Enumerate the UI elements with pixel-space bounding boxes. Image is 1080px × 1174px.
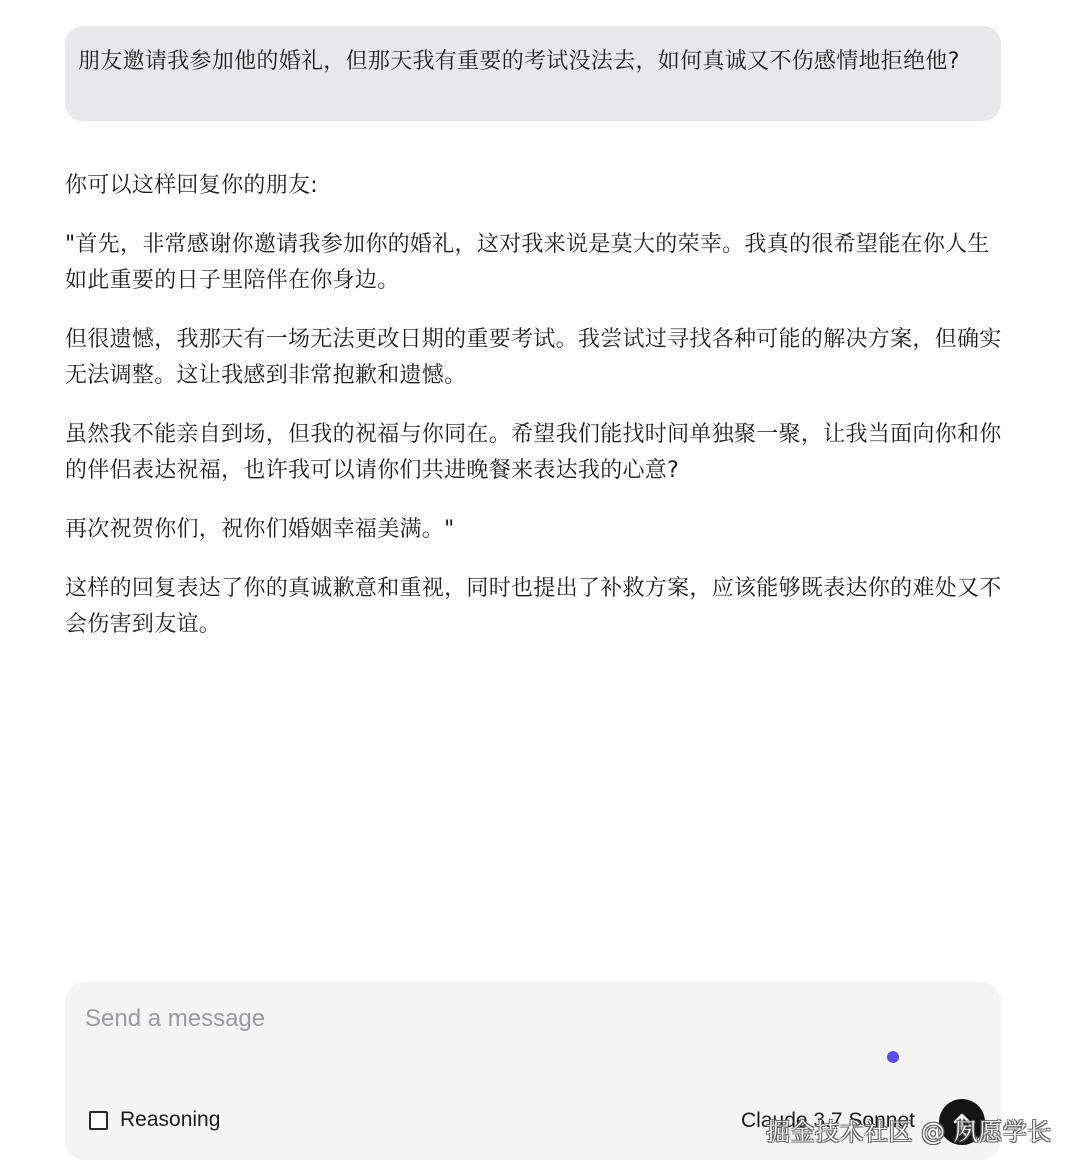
assistant-paragraph: 但很遗憾，我那天有一场无法更改日期的重要考试。我尝试过寻找各种可能的解决方案，但… — [65, 322, 1005, 394]
user-message-bubble: 朋友邀请我参加他的婚礼，但那天我有重要的考试没法去，如何真诚又不伤感情地拒绝他? — [65, 26, 1001, 121]
reasoning-toggle[interactable]: Reasoning — [89, 1108, 220, 1132]
status-dot-icon — [887, 1051, 899, 1063]
reasoning-checkbox[interactable] — [89, 1111, 108, 1130]
message-input[interactable] — [83, 998, 947, 1040]
arrow-up-icon — [951, 1111, 973, 1133]
send-button[interactable] — [939, 1099, 985, 1145]
assistant-paragraph: 你可以这样回复你的朋友: — [65, 168, 1005, 204]
reasoning-label: Reasoning — [120, 1108, 220, 1132]
assistant-message: 你可以这样回复你的朋友: "首先，非常感谢你邀请我参加你的婚礼，这对我来说是莫大… — [65, 168, 1005, 666]
model-selector[interactable]: Claude 3.7 Sonnet — [741, 1109, 915, 1133]
assistant-paragraph: 虽然我不能亲自到场，但我的祝福与你同在。希望我们能找时间单独聚一聚，让我当面向你… — [65, 417, 1005, 489]
assistant-paragraph: 这样的回复表达了你的真诚歉意和重视，同时也提出了补救方案，应该能够既表达你的难处… — [65, 571, 1005, 643]
assistant-paragraph: 再次祝贺你们，祝你们婚姻幸福美满。" — [65, 512, 1005, 548]
user-message-text: 朋友邀请我参加他的婚礼，但那天我有重要的考试没法去，如何真诚又不伤感情地拒绝他? — [78, 49, 960, 74]
message-composer — [65, 982, 1001, 1160]
assistant-paragraph: "首先，非常感谢你邀请我参加你的婚礼，这对我来说是莫大的荣幸。我真的很希望能在你… — [65, 227, 1005, 299]
